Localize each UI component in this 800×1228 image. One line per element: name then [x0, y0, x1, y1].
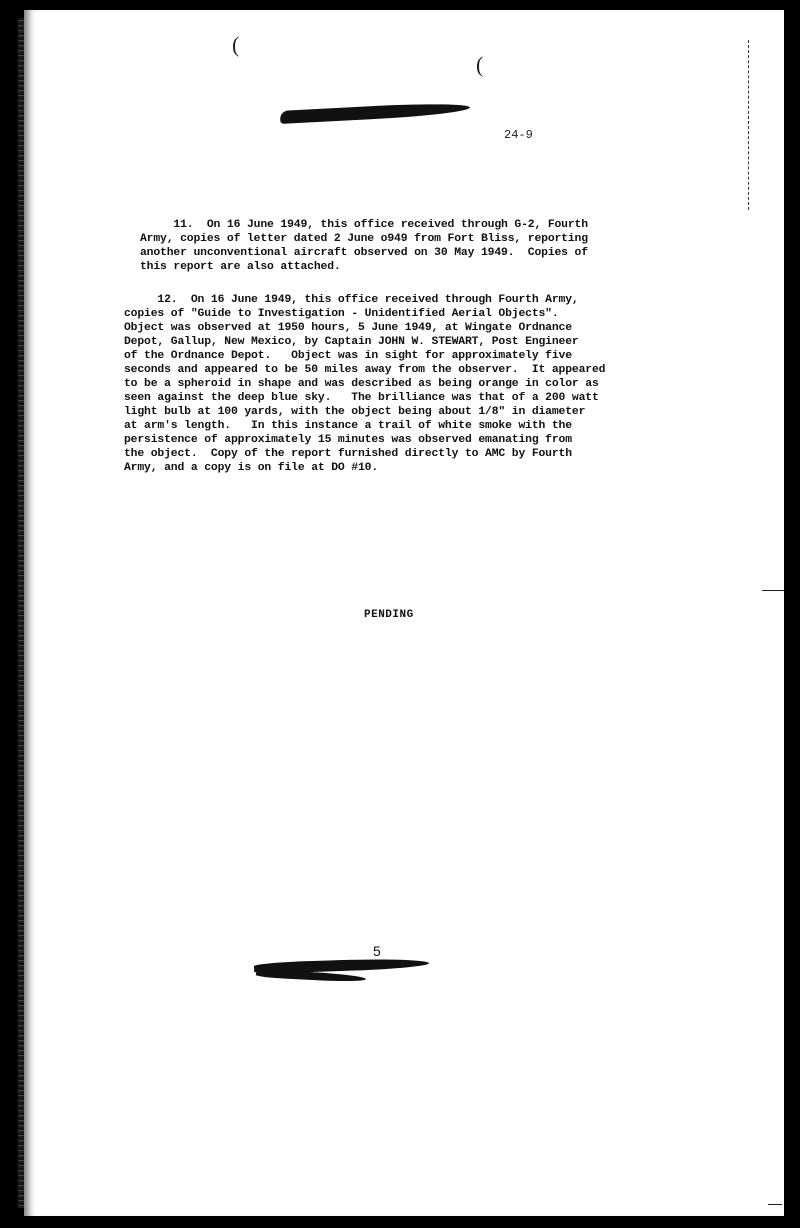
paragraph-line: of the Ordnance Depot. Object was in sig… — [124, 349, 572, 364]
paragraph-line: 11. On 16 June 1949, this office receive… — [140, 218, 588, 233]
paragraph-line: seconds and appeared to be 50 miles away… — [124, 363, 605, 378]
status-stamp-pending: PENDING — [364, 609, 414, 621]
paragraph-line: light bulb at 100 yards, with the object… — [124, 405, 585, 420]
document-number: 24-9 — [504, 128, 533, 142]
header-mark-right: ( — [476, 52, 483, 78]
margin-tick — [762, 590, 784, 591]
paragraph-line: Army, and a copy is on file at DO #10. — [124, 461, 378, 476]
redaction-mark-bottom-lower — [256, 969, 366, 983]
paragraph-line: seen against the deep blue sky. The bril… — [124, 391, 599, 406]
document-page: ( ( 24-9 11. On 16 June 1949, this offic… — [24, 10, 784, 1216]
paragraph-line: Army, copies of letter dated 2 June o949… — [140, 232, 588, 247]
paragraph-line: persistence of approximately 15 minutes … — [124, 433, 572, 448]
paragraph-line: copies of "Guide to Investigation - Unid… — [124, 307, 559, 322]
paragraph-line: Depot, Gallup, New Mexico, by Captain JO… — [124, 335, 579, 350]
paragraph-line: another unconventional aircraft observed… — [140, 246, 588, 261]
paragraph-line: at arm's length. In this instance a trai… — [124, 419, 572, 434]
paragraph-line: 12. On 16 June 1949, this office receive… — [124, 293, 579, 308]
paragraph-line: to be a spheroid in shape and was descri… — [124, 377, 599, 392]
margin-tick — [768, 1204, 782, 1205]
fold-line — [748, 40, 750, 210]
page-number: 5 — [373, 943, 381, 959]
paragraph-line: this report are also attached. — [140, 260, 341, 275]
redaction-mark-top — [280, 101, 470, 124]
paragraph-line: the object. Copy of the report furnished… — [124, 447, 572, 462]
header-mark-left: ( — [232, 32, 239, 58]
paragraph-line: Object was observed at 1950 hours, 5 Jun… — [124, 321, 572, 336]
